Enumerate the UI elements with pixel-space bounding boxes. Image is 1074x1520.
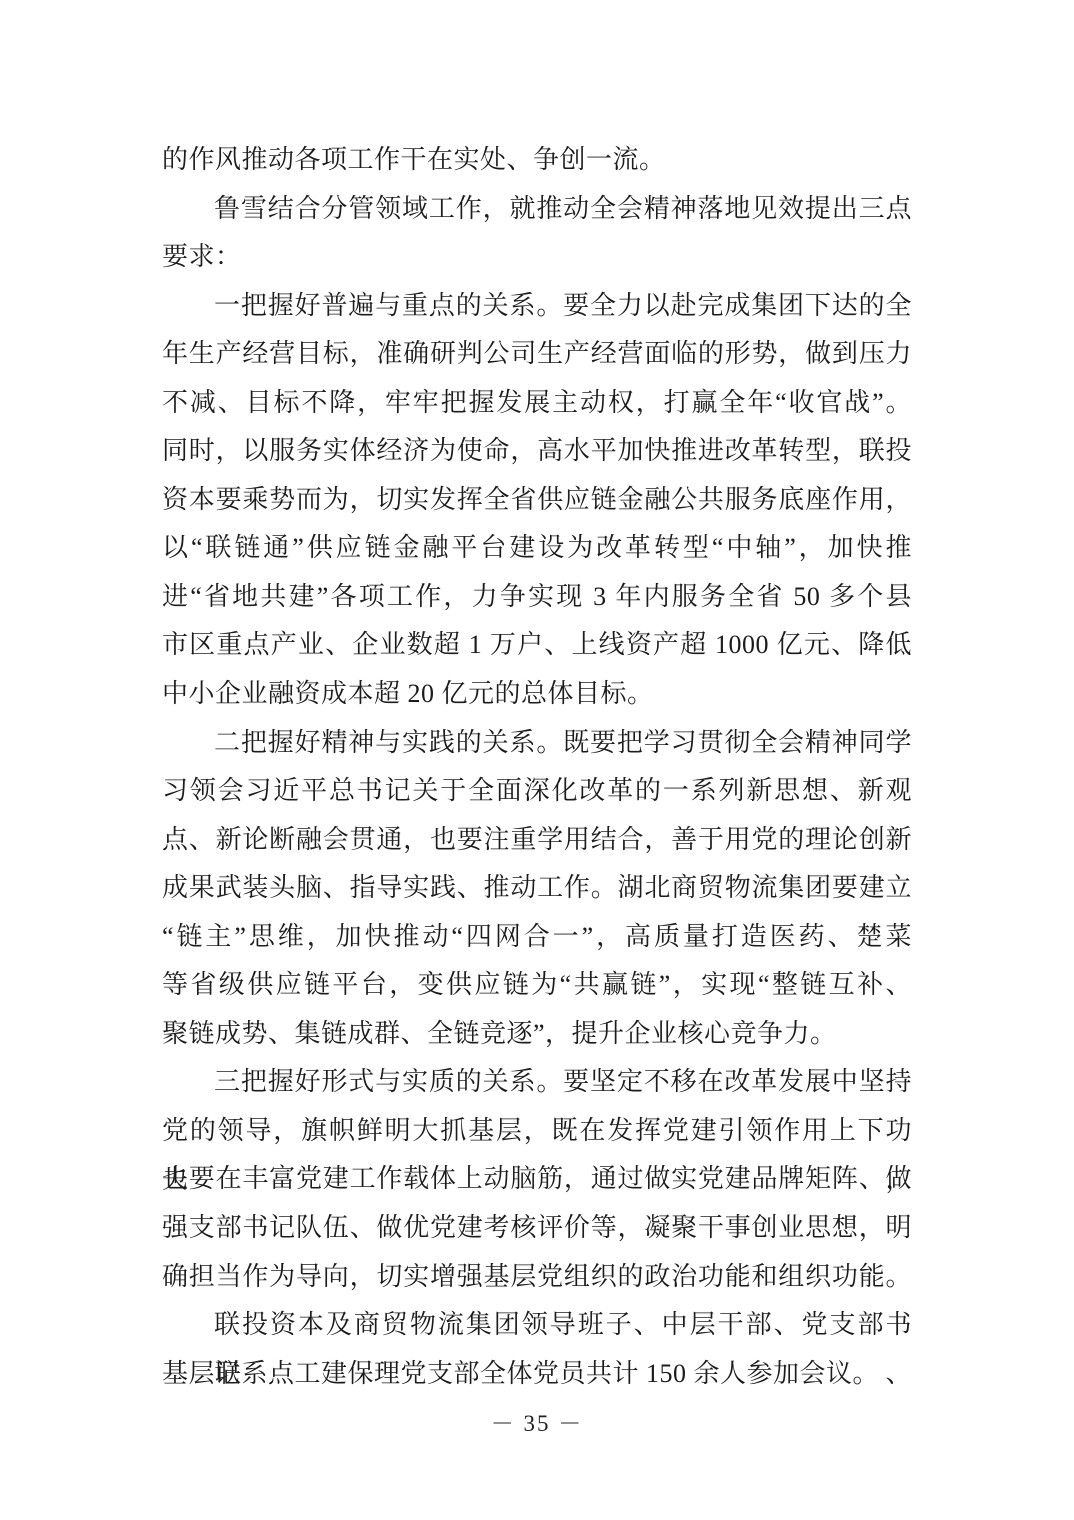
text-line: 进“省地共建”各项工作，力争实现 3 年内服务全省 50 多个县 [162,573,912,622]
text-line: 习领会习近平总书记关于全面深化改革的一系列新思想、新观 [162,767,912,816]
text-line: 年生产经营目标，准确研判公司生产经营面临的形势，做到压力 [162,330,912,379]
text-line: 以“联链通”供应链金融平台建设为改革转型“中轴”，加快推 [162,524,912,573]
text-line: “链主”思维，加快推动“四网合一”，高质量打造医药、楚菜 [162,913,912,962]
text-line: 成果武装头脑、指导实践、推动工作。湖北商贸物流集团要建立 [162,864,912,913]
text-line: 点、新论断融会贯通，也要注重学用结合，善于用党的理论创新 [162,816,912,865]
text-line: 中小企业融资成本超 20 亿元的总体目标。 [162,670,912,719]
text-line: 也要在丰富党建工作载体上动脑筋，通过做实党建品牌矩阵、做 [162,1155,912,1204]
text-line: 同时，以服务实体经济为使命，高水平加快推进改革转型，联投 [162,427,912,476]
text-line: 的作风推动各项工作干在实处、争创一流。 [162,136,912,185]
text-line: 不减、目标不降，牢牢把握发展主动权，打赢全年“收官战”。 [162,379,912,428]
text-line: 一把握好普遍与重点的关系。要全力以赴完成集团下达的全 [162,282,912,331]
text-line: 强支部书记队伍、做优党建考核评价等，凝聚干事创业思想，明 [162,1204,912,1253]
text-block: 的作风推动各项工作干在实处、争创一流。鲁雪结合分管领域工作，就推动全会精神落地见… [162,136,912,1398]
text-line: 基层联系点工建保理党支部全体党员共计 150 余人参加会议。 [162,1350,912,1399]
text-line: 聚链成势、集链成群、全链竞逐”，提升企业核心竞争力。 [162,1010,912,1059]
text-line: 联投资本及商贸物流集团领导班子、中层干部、党支部书记、 [162,1301,912,1350]
text-line: 等省级供应链平台，变供应链为“共赢链”，实现“整链互补、 [162,961,912,1010]
page-number: － 35 － [0,1408,1074,1440]
text-line: 市区重点产业、企业数超 1 万户、上线资产超 1000 亿元、降低 [162,621,912,670]
text-line: 资本要乘势而为，切实发挥全省供应链金融公共服务底座作用， [162,476,912,525]
text-line: 党的领导，旗帜鲜明大抓基层，既在发挥党建引领作用上下功夫， [162,1107,912,1156]
document-page: 的作风推动各项工作干在实处、争创一流。鲁雪结合分管领域工作，就推动全会精神落地见… [0,0,1074,1520]
text-line: 鲁雪结合分管领域工作，就推动全会精神落地见效提出三点 [162,185,912,234]
text-line: 确担当作为导向，切实增强基层党组织的政治功能和组织功能。 [162,1253,912,1302]
text-line: 要求： [162,233,912,282]
text-line: 二把握好精神与实践的关系。既要把学习贯彻全会精神同学 [162,719,912,768]
text-line: 三把握好形式与实质的关系。要坚定不移在改革发展中坚持 [162,1058,912,1107]
